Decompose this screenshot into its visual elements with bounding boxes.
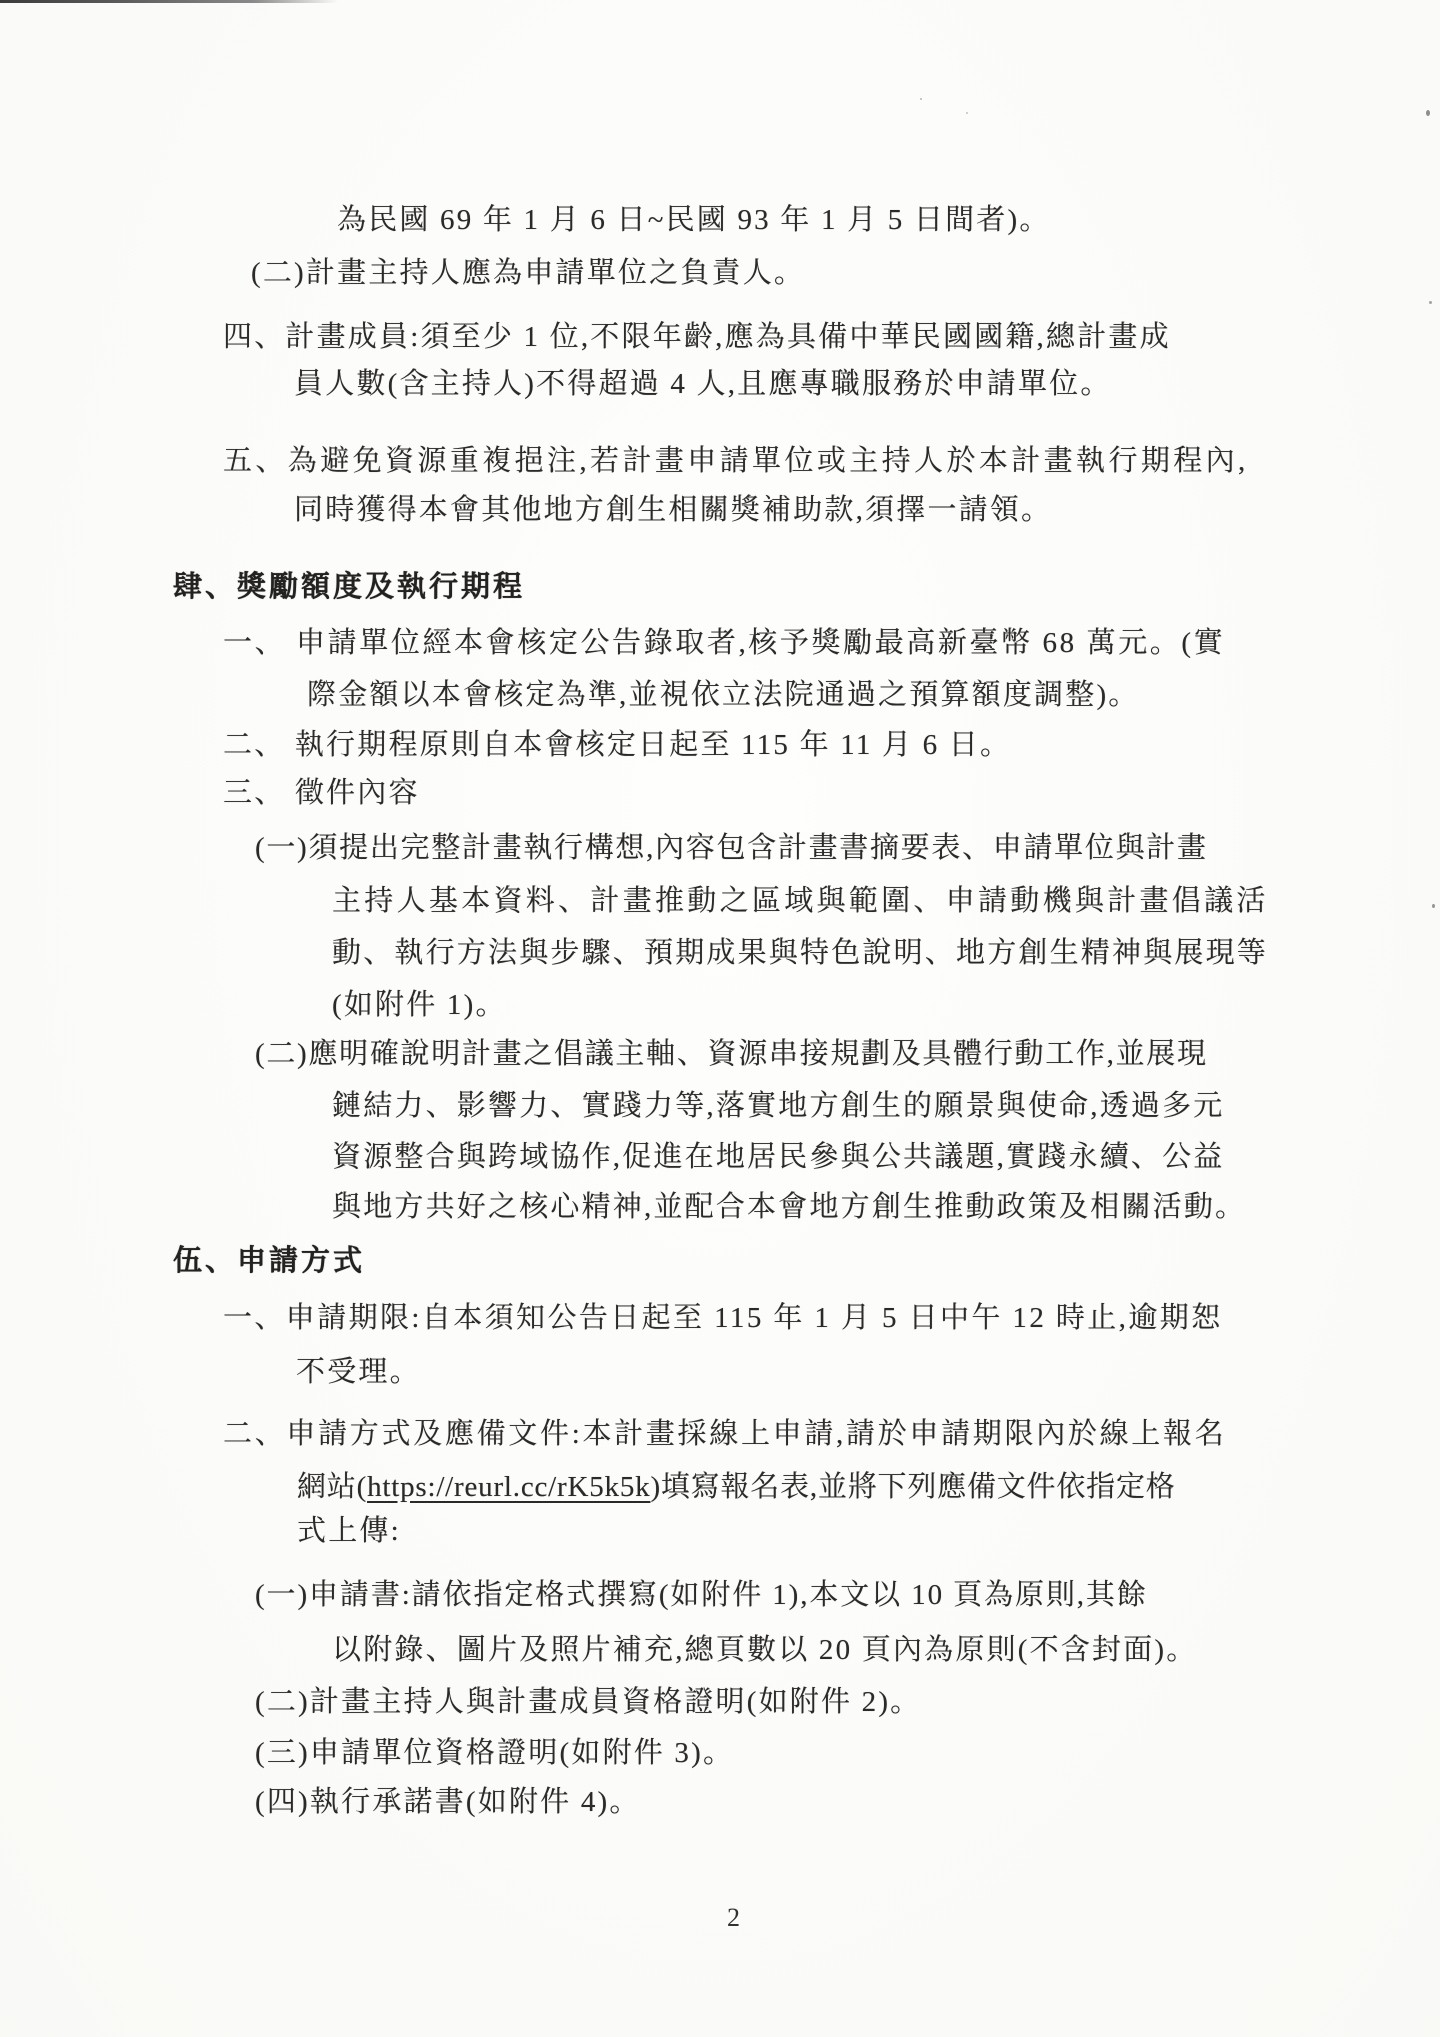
text-line: (一)須提出完整計畫執行構想,內容包含計畫書摘要表、申請單位與計畫 [255,831,1208,865]
text-line: (一)申請書:請依指定格式撰寫(如附件 1),本文以 10 頁為原則,其餘 [255,1578,1148,1612]
registration-url-link[interactable]: https://reurl.cc/rK5k5k [367,1471,650,1503]
scan-speck [1426,110,1430,116]
scan-speck [966,112,968,114]
scan-speck [920,98,922,100]
url-line-suffix: )填寫報名表,並將下列應備文件依指定格 [650,1471,1175,1503]
text-line: 與地方共好之核心精神,並配合本會地方創生推動政策及相關活動。 [332,1190,1246,1224]
text-line: 為民國 69 年 1 月 6 日~民國 93 年 1 月 5 日間者)。 [337,203,1051,237]
text-line: (如附件 1)。 [332,988,507,1022]
scan-artifact-top-streak [0,0,338,3]
scan-speck [1432,904,1435,908]
text-line: 不受理。 [296,1355,421,1389]
text-line: 動、執行方法與步驟、預期成果與特色說明、地方創生精神與展現等 [332,936,1268,970]
text-line: 一、申請期限:自本須知公告日起至 115 年 1 月 5 日中午 12 時止,逾… [223,1301,1223,1335]
section-heading-application: 伍、申請方式 [173,1244,365,1278]
text-line: (四)執行承諾書(如附件 4)。 [255,1785,641,1819]
scanned-page: 為民國 69 年 1 月 6 日~民國 93 年 1 月 5 日間者)。 (二)… [0,0,1440,2037]
text-line: 一、 申請單位經本會核定公告錄取者,核予獎勵最高新臺幣 68 萬元。(實 [223,626,1225,660]
text-line: 式上傳: [297,1514,401,1548]
text-line: 同時獲得本會其他地方創生相關獎補助款,須擇一請領。 [294,493,1052,527]
text-line: 二、申請方式及應備文件:本計畫採線上申請,請於申請期限內於線上報名 [223,1417,1226,1451]
section-heading-reward: 肆、獎勵額度及執行期程 [173,570,525,604]
text-line: (三)申請單位資格證明(如附件 3)。 [255,1736,734,1770]
text-line: 四、計畫成員:須至少 1 位,不限年齡,應為具備中華民國國籍,總計畫成 [223,320,1171,354]
text-line: (二)計畫主持人與計畫成員資格證明(如附件 2)。 [255,1685,921,1719]
text-line: (二)應明確說明計畫之倡議主軸、資源串接規劃及具體行動工作,並展現 [255,1037,1208,1071]
page-number: 2 [727,1903,740,1933]
text-line: 網站(https://reurl.cc/rK5k5k)填寫報名表,並將下列應備文… [297,1470,1176,1504]
text-line: 資源整合與跨域協作,促進在地居民參與公共議題,實踐永續、公益 [332,1140,1225,1174]
url-line-prefix: 網站( [297,1471,367,1503]
text-line: 際金額以本會核定為準,並視依立法院通過之預算額度調整)。 [307,678,1140,712]
scan-speck [1429,301,1432,304]
text-line: (二)計畫主持人應為申請單位之負責人。 [251,256,805,290]
text-line: 員人數(含主持人)不得超過 4 人,且應專職服務於申請單位。 [294,367,1112,401]
text-line: 鏈結力、影響力、實踐力等,落實地方創生的願景與使命,透過多元 [332,1089,1225,1123]
text-line: 主持人基本資料、計畫推動之區域與範圍、申請動機與計畫倡議活 [332,884,1269,918]
text-line: 五、為避免資源重複挹注,若計畫申請單位或主持人於本計畫執行期程內, [223,444,1249,478]
text-line: 二、 執行期程原則自本會核定日起至 115 年 11 月 6 日。 [223,728,1011,762]
text-line: 以附錄、圖片及照片補充,總頁數以 20 頁內為原則(不含封面)。 [332,1633,1197,1667]
text-line: 三、 徵件內容 [223,776,420,810]
